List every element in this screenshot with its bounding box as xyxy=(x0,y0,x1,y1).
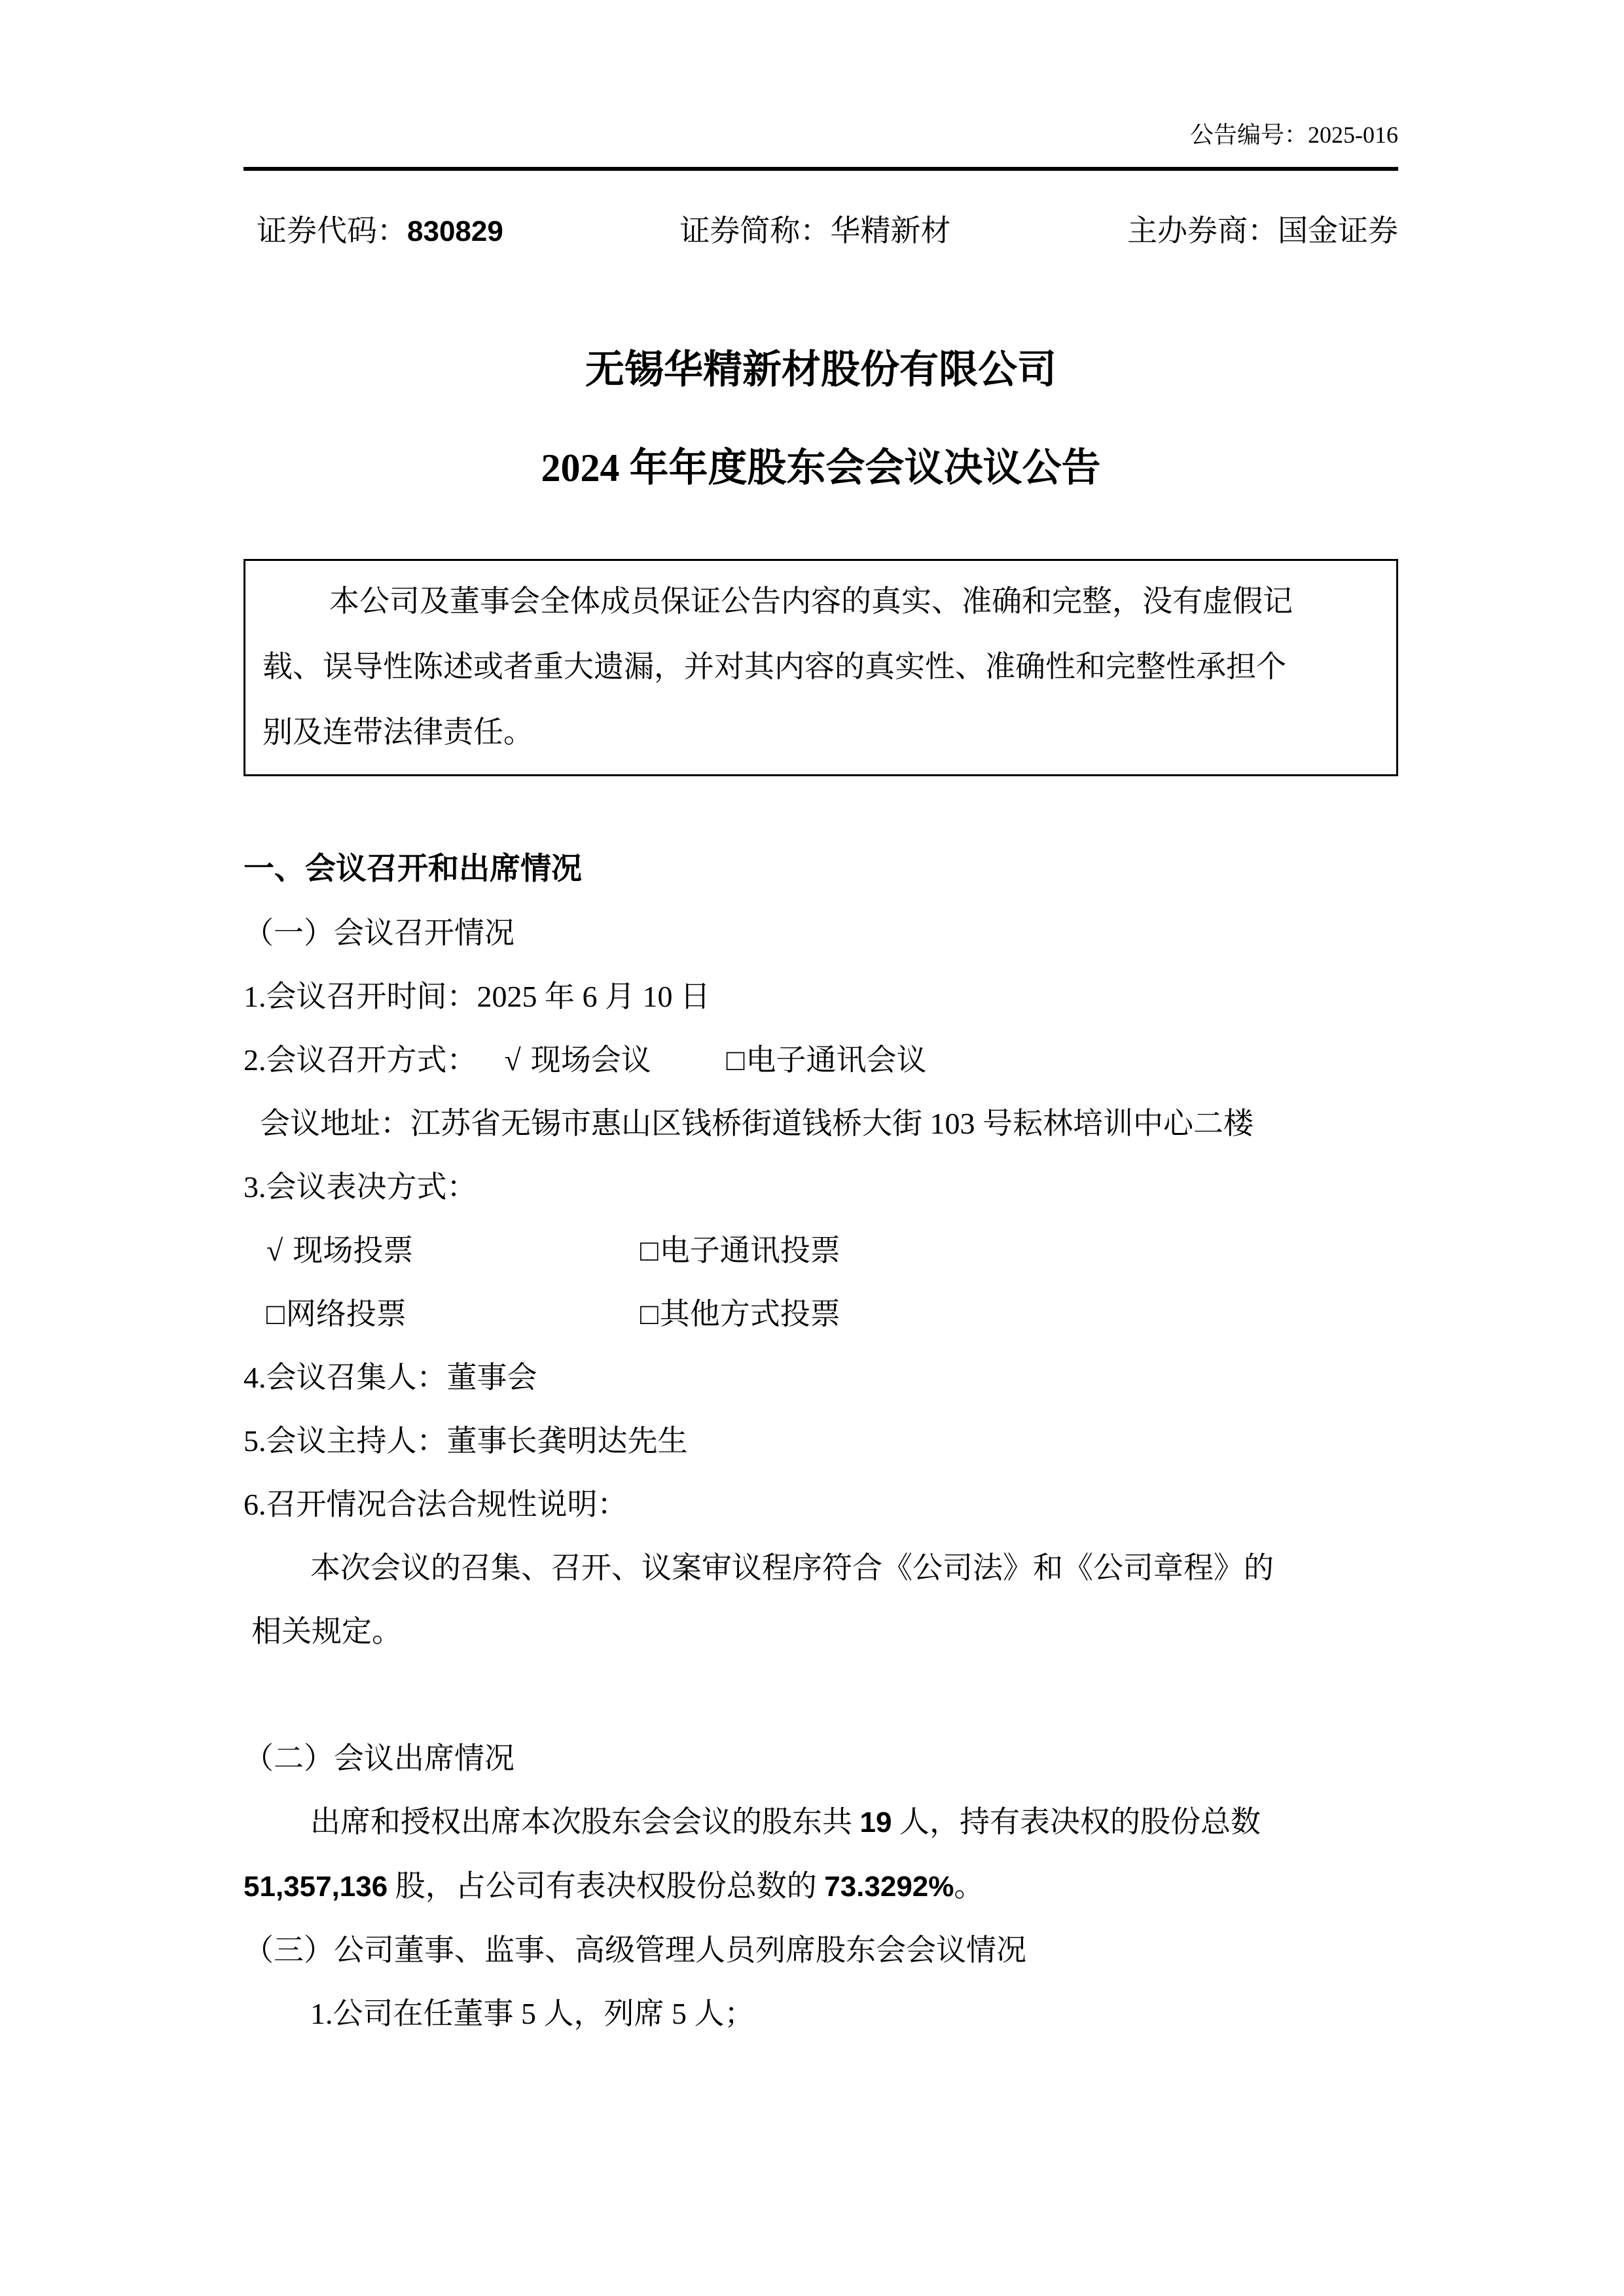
method-option-telecom: □电子通讯会议 xyxy=(727,1043,927,1077)
sub-section-2-heading: （二）会议出席情况 xyxy=(244,1727,1398,1790)
directors-attendance-line: 1.公司在任董事 5 人，列席 5 人； xyxy=(244,1982,1398,2045)
company-name-title: 无锡华精新材股份有限公司 xyxy=(244,350,1398,390)
share-total-value: 51,357,136 xyxy=(244,1871,388,1903)
attendance-line-2: 51,357,136 股，占公司有表决权股份总数的 73.3292%。 xyxy=(244,1854,1398,1918)
legality-text-line-2: 相关规定。 xyxy=(244,1600,1398,1663)
method-option-onsite: √现场会议 xyxy=(505,1043,651,1077)
section-1-heading: 一、会议召开和出席情况 xyxy=(244,838,1398,901)
announcement-number: 公告编号：2025-016 xyxy=(244,0,1398,149)
sub-section-1-heading: （一）会议召开情况 xyxy=(244,901,1398,965)
securities-code-value: 830829 xyxy=(407,215,503,247)
vote-option-other-label: 其他方式投票 xyxy=(660,1297,840,1331)
securities-code-label: 证券代码： xyxy=(257,214,407,247)
vote-options-row-2: □网络投票□其他方式投票 xyxy=(244,1282,1398,1346)
blank-line xyxy=(244,1663,1398,1727)
legality-label: 6.召开情况合法合规性说明： xyxy=(244,1473,1398,1536)
attendance-line-1: 出席和授权出席本次股东会会议的股东共 19 人，持有表决权的股份总数 xyxy=(244,1790,1398,1854)
securities-code: 证券代码：830829 xyxy=(257,216,503,247)
attendance-text-1: 出席和授权出席本次股东会会议的股东共 xyxy=(310,1805,860,1839)
disclaimer-box: 本公司及董事会全体成员保证公告内容的真实、准确和完整，没有虚假记 载、误导性陈述… xyxy=(244,559,1398,776)
checkmark-icon: √ xyxy=(266,1234,283,1267)
vote-option-network-label: 网络投票 xyxy=(286,1297,406,1331)
vote-option-other: □其他方式投票 xyxy=(640,1297,840,1331)
shareholder-count: 19 xyxy=(860,1806,892,1839)
document-page: 公告编号：2025-016 证券代码：830829 证券简称：华精新材 主办券商… xyxy=(0,0,1624,2296)
checkmark-icon: √ xyxy=(505,1043,521,1077)
checkbox-empty-icon: □ xyxy=(640,1297,659,1331)
securities-header-row: 证券代码：830829 证券简称：华精新材 主办券商：国金证券 xyxy=(244,216,1398,247)
header-divider xyxy=(244,167,1398,171)
checkbox-empty-icon: □ xyxy=(640,1234,659,1267)
vote-option-telecom-label: 电子通讯投票 xyxy=(660,1234,840,1267)
vote-option-onsite: √现场投票 xyxy=(266,1219,640,1282)
vote-option-network: □网络投票 xyxy=(266,1282,640,1346)
vote-option-onsite-label: 现场投票 xyxy=(293,1234,413,1267)
checkbox-empty-icon: □ xyxy=(266,1297,285,1331)
attendance-text-2: 人，持有表决权的股份总数 xyxy=(892,1805,1261,1839)
vote-option-telecom: □电子通讯投票 xyxy=(640,1234,840,1267)
sponsor-broker: 主办券商：国金证券 xyxy=(1127,216,1398,247)
host-line: 5.会议主持人：董事长龚明达先生 xyxy=(244,1409,1398,1473)
disclaimer-line-1: 本公司及董事会全体成员保证公告内容的真实、准确和完整，没有虚假记 xyxy=(262,569,1379,634)
method-option-onsite-label: 现场会议 xyxy=(531,1043,651,1077)
method-option-telecom-label: 电子通讯会议 xyxy=(746,1043,927,1077)
meeting-method-label: 2.会议召开方式： xyxy=(244,1043,477,1077)
meeting-method-line: 2.会议召开方式：√现场会议□电子通讯会议 xyxy=(244,1028,1398,1092)
attendance-text-4: 。 xyxy=(954,1869,984,1903)
meeting-time-line: 1.会议召开时间：2025 年 6 月 10 日 xyxy=(244,965,1398,1028)
vote-options-row-1: √现场投票□电子通讯投票 xyxy=(244,1219,1398,1282)
checkbox-empty-icon: □ xyxy=(727,1043,745,1077)
convener-line: 4.会议召集人：董事会 xyxy=(244,1346,1398,1409)
share-percentage-value: 73.3292% xyxy=(824,1871,954,1903)
legality-text-line-1: 本次会议的召集、召开、议案审议程序符合《公司法》和《公司章程》的 xyxy=(244,1536,1398,1600)
announcement-title: 2024 年年度股东会会议决议公告 xyxy=(244,448,1398,488)
attendance-text-3: 股，占公司有表决权股份总数的 xyxy=(388,1869,824,1903)
meeting-address-line: 会议地址：江苏省无锡市惠山区钱桥街道钱桥大街 103 号耘林培训中心二楼 xyxy=(244,1092,1398,1155)
securities-short-name: 证券简称：华精新材 xyxy=(679,216,950,247)
disclaimer-line-2: 载、误导性陈述或者重大遗漏，并对其内容的真实性、准确性和完整性承担个 xyxy=(262,634,1379,700)
disclaimer-line-3: 别及连带法律责任。 xyxy=(262,700,1379,765)
vote-method-label: 3.会议表决方式： xyxy=(244,1155,1398,1219)
sub-section-3-heading: （三）公司董事、监事、高级管理人员列席股东会会议情况 xyxy=(244,1918,1398,1982)
